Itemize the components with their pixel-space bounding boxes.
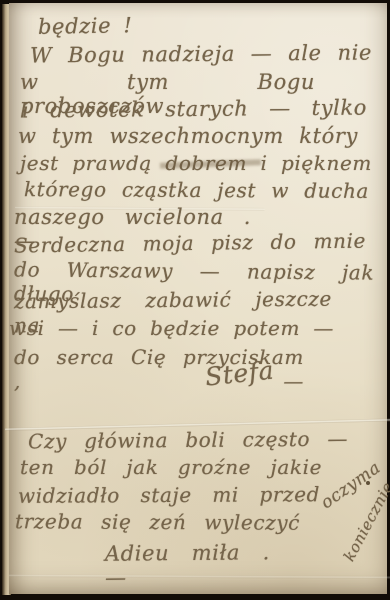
letter-line: którego cząstka jest w ducha (24, 177, 369, 203)
letter-line: wsi — i co będzie potem — (9, 316, 334, 340)
postscript-line: widziadło staje mi przed (18, 482, 320, 508)
postscript-line: Czy główina boli często — (28, 427, 348, 454)
letter-page: będzie !W Bogu nadzieja — ale niew tym B… (9, 3, 387, 594)
letter-line: i dewotek starych — tylko (22, 95, 367, 122)
letter-line: jest prawdą dobrem i pięknem (20, 151, 372, 175)
letter-photo: będzie !W Bogu nadzieja — ale niew tym B… (0, 0, 390, 600)
smudged-word: dobrem (165, 151, 247, 175)
letter-line: W Bogu nadzieja — ale nie (30, 41, 372, 68)
postscript-line: ten ból jak groźne jakie (20, 455, 322, 479)
closing-line: Adieu miła . — (105, 540, 270, 589)
letter-line: Serdeczna moja pisz do mnie (14, 229, 366, 258)
letter-line: w tym wszechmocnym który (18, 124, 358, 148)
ink-dot (366, 481, 370, 485)
postscript-line: trzeba się zeń wyleczyć (15, 509, 300, 534)
letter-line: będzie ! (38, 13, 133, 39)
